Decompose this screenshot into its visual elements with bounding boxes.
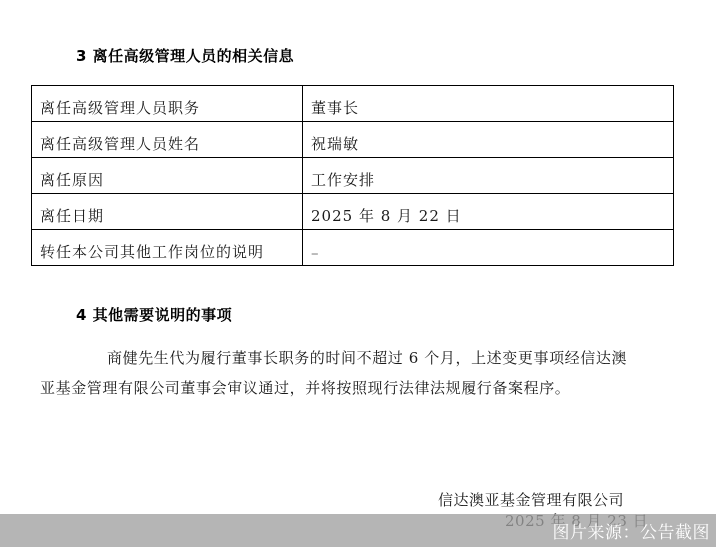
row-label-position: 离任高级管理人员职务: [32, 86, 303, 122]
signature-company: 信达澳亚基金管理有限公司: [438, 489, 624, 510]
table-row: 离任高级管理人员职务 董事长: [32, 86, 674, 122]
table-row: 离任高级管理人员姓名 祝瑞敏: [32, 122, 674, 158]
row-value-name: 祝瑞敏: [303, 122, 674, 158]
watermark-caption: 图片来源：公告截图: [553, 518, 711, 543]
section-4-paragraph: 商健先生代为履行董事长职务的时间不超过 6 个月，上述变更事项经信达澳亚基金管理…: [40, 343, 640, 403]
row-value-transfer-note: –: [303, 230, 674, 266]
table-row: 离任日期 2025 年 8 月 22 日: [32, 194, 674, 230]
table-row: 离任原因 工作安排: [32, 158, 674, 194]
table-row: 转任本公司其他工作岗位的说明 –: [32, 230, 674, 266]
row-value-date: 2025 年 8 月 22 日: [303, 194, 674, 230]
row-value-position: 董事长: [303, 86, 674, 122]
section-4-heading: 4 其他需要说明的事项: [76, 304, 232, 325]
row-label-name: 离任高级管理人员姓名: [32, 122, 303, 158]
row-label-reason: 离任原因: [32, 158, 303, 194]
row-label-transfer-note: 转任本公司其他工作岗位的说明: [32, 230, 303, 266]
row-label-date: 离任日期: [32, 194, 303, 230]
row-value-reason: 工作安排: [303, 158, 674, 194]
departing-executive-info-table: 离任高级管理人员职务 董事长 离任高级管理人员姓名 祝瑞敏 离任原因 工作安排 …: [31, 85, 674, 266]
section-3-heading: 3 离任高级管理人员的相关信息: [76, 45, 294, 66]
